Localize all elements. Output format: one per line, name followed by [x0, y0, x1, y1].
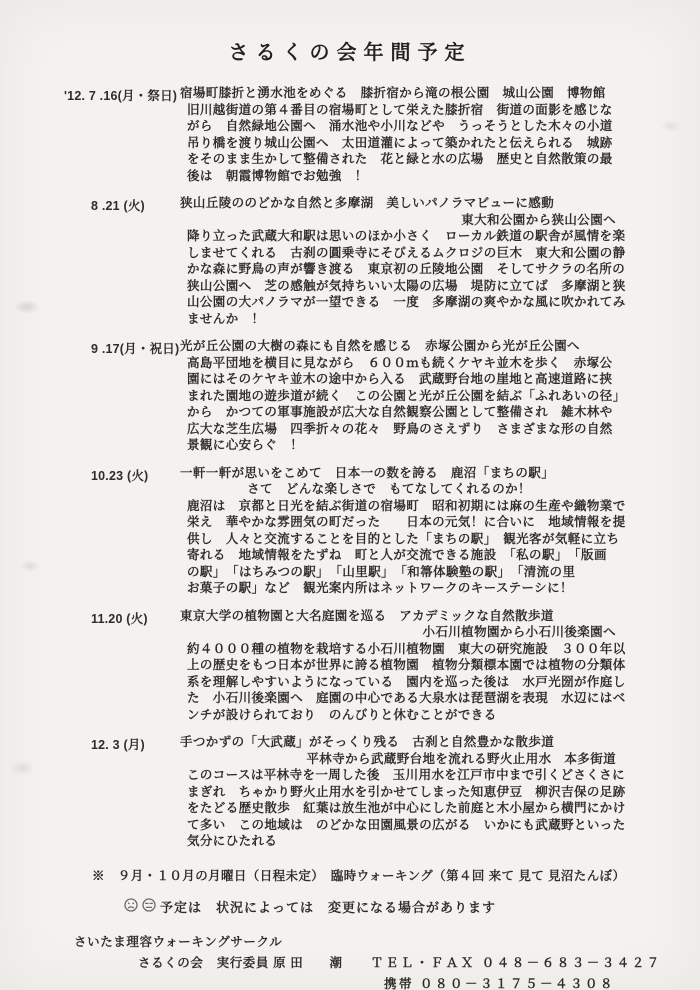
event-body: 旧川越街道の第４番目の宿場町として栄えた膝折宿 街道の面影を感じな がら 自然緑…	[180, 102, 644, 185]
event-body: 高島平団地を横目に見ながら ６００ｍも続くケヤキ並木を歩く 赤塚公 園にはそのケ…	[180, 355, 644, 454]
event-content: 狭山丘陵ののどかな自然と多摩湖 美しいパノラマビューに感動 東大和公園から狭山公…	[180, 195, 644, 327]
tel-fax-number: ＴＥＬ・ＦＡＸ ０４８－６８３－３４２７	[371, 956, 662, 970]
event-title: 手つかずの「大武蔵」がそっくり残る 古刹と自然豊かな散歩道	[180, 734, 644, 751]
event-date: '12. 7 .16(月・祭日)	[64, 85, 180, 184]
event-body: 降り立った武蔵大和駅は思いのほか小さく ローカル鉄道の駅舎が風情を楽 しませてく…	[180, 228, 644, 327]
event-content: 手つかずの「大武蔵」がそっくり残る 古刹と自然豊かな散歩道 平林寺から武蔵野台地…	[180, 734, 644, 850]
event-body: 約４０００種の植物を栽培する小石川植物園 東大の研究施設 ３００年以 上の歴史を…	[180, 641, 644, 724]
event-title: 狭山丘陵ののどかな自然と多摩湖 美しいパノラマビューに感動	[180, 195, 644, 212]
change-notice-line: 予定は 状況によっては 変更になる場合があります	[124, 897, 700, 916]
event-date: 11.20 (火)	[64, 608, 180, 724]
event-title: 光が丘公園の大樹の森にも自然を感じる 赤塚公園から光が丘公園へ	[180, 338, 644, 355]
change-notice-text: 予定は 状況によっては 変更になる場合があります	[160, 897, 496, 916]
event-title: 東京大学の植物園と大名庭園を巡る アカデミックな自然散歩道	[180, 608, 644, 625]
scan-smudge	[20, 560, 40, 572]
organizer-line: さるくの会 実行委員 原 田 潮 ＴＥＬ・ＦＡＸ ０４８－６８３－３４２７	[138, 953, 700, 971]
scan-smudge	[10, 760, 34, 776]
mobile-phone-number: 携帯 ０８０－３１７５－４３０８	[384, 974, 700, 990]
event-entry-october: 10.23 (火) 一軒一軒が思いをこめて 日本一の数を誇る 鹿沼「まちの駅」 …	[64, 465, 644, 597]
event-subtitle: 東大和公園から狭山公園へ	[180, 212, 644, 229]
event-entry-july: '12. 7 .16(月・祭日) 宿場町膝折と湧水池をめぐる 膝折宿から滝の根公…	[64, 85, 644, 184]
neutral-face-icon	[142, 898, 156, 915]
event-title: 宿場町膝折と湧水池をめぐる 膝折宿から滝の根公園 城山公園 博物館	[180, 85, 644, 102]
event-list: '12. 7 .16(月・祭日) 宿場町膝折と湧水池をめぐる 膝折宿から滝の根公…	[64, 85, 644, 850]
event-subtitle: 小石川植物園から小石川後楽園へ	[180, 624, 644, 641]
footer-contact-block: さいたま理容ウォーキングサークル さるくの会 実行委員 原 田 潮 ＴＥＬ・ＦＡ…	[74, 932, 700, 990]
circle-name: さいたま理容ウォーキングサークル	[74, 932, 700, 950]
event-subtitle: 平林寺から武蔵野台地を流れる野火止用水 本多街道	[180, 751, 644, 768]
event-subtitle: さて どんな楽しさで もてなしてくれるのか！	[180, 481, 644, 498]
scan-smudge	[660, 120, 682, 132]
event-content: 光が丘公園の大樹の森にも自然を感じる 赤塚公園から光が丘公園へ 高島平団地を横目…	[180, 338, 644, 454]
scanned-schedule-page: さるくの会年間予定 '12. 7 .16(月・祭日) 宿場町膝折と湧水池をめぐる…	[0, 0, 700, 990]
page-title: さるくの会年間予定	[0, 0, 700, 65]
event-body: 鹿沼は 京都と日光を結ぶ街道の宿場町 昭和初期には麻の生産や織物業で 栄え 華や…	[180, 498, 644, 597]
event-date: 12. 3 (月)	[64, 734, 180, 850]
event-date: 9 .17(月・祝日)	[64, 338, 180, 454]
event-content: 一軒一軒が思いをこめて 日本一の数を誇る 鹿沼「まちの駅」 さて どんな楽しさで…	[180, 465, 644, 597]
event-content: 東京大学の植物園と大名庭園を巡る アカデミックな自然散歩道 小石川植物園から小石…	[180, 608, 644, 724]
event-date: 8 .21 (火)	[64, 195, 180, 327]
event-title: 一軒一軒が思いをこめて 日本一の数を誇る 鹿沼「まちの駅」	[180, 465, 644, 482]
sad-face-icon	[124, 898, 138, 915]
organizer-name: さるくの会 実行委員 原 田 潮	[138, 956, 343, 970]
event-content: 宿場町膝折と湧水池をめぐる 膝折宿から滝の根公園 城山公園 博物館 旧川越街道の…	[180, 85, 644, 184]
event-entry-november: 11.20 (火) 東京大学の植物園と大名庭園を巡る アカデミックな自然散歩道 …	[64, 608, 644, 724]
event-body: このコースは平林寺を一周した後 玉川用水を江戸市中まで引くどさくさに まぎれ ち…	[180, 767, 644, 850]
event-entry-september: 9 .17(月・祝日) 光が丘公園の大樹の森にも自然を感じる 赤塚公園から光が丘…	[64, 338, 644, 454]
scan-smudge	[14, 300, 40, 314]
event-entry-december: 12. 3 (月) 手つかずの「大武蔵」がそっくり残る 古刹と自然豊かな散歩道 …	[64, 734, 644, 850]
event-entry-august: 8 .21 (火) 狭山丘陵ののどかな自然と多摩湖 美しいパノラマビューに感動 …	[64, 195, 644, 327]
event-date: 10.23 (火)	[64, 465, 180, 597]
extra-walk-note: ※ ９月・１０月の月曜日（日程未定） 臨時ウォーキング（第４回 来て 見て 見沼…	[92, 866, 670, 884]
